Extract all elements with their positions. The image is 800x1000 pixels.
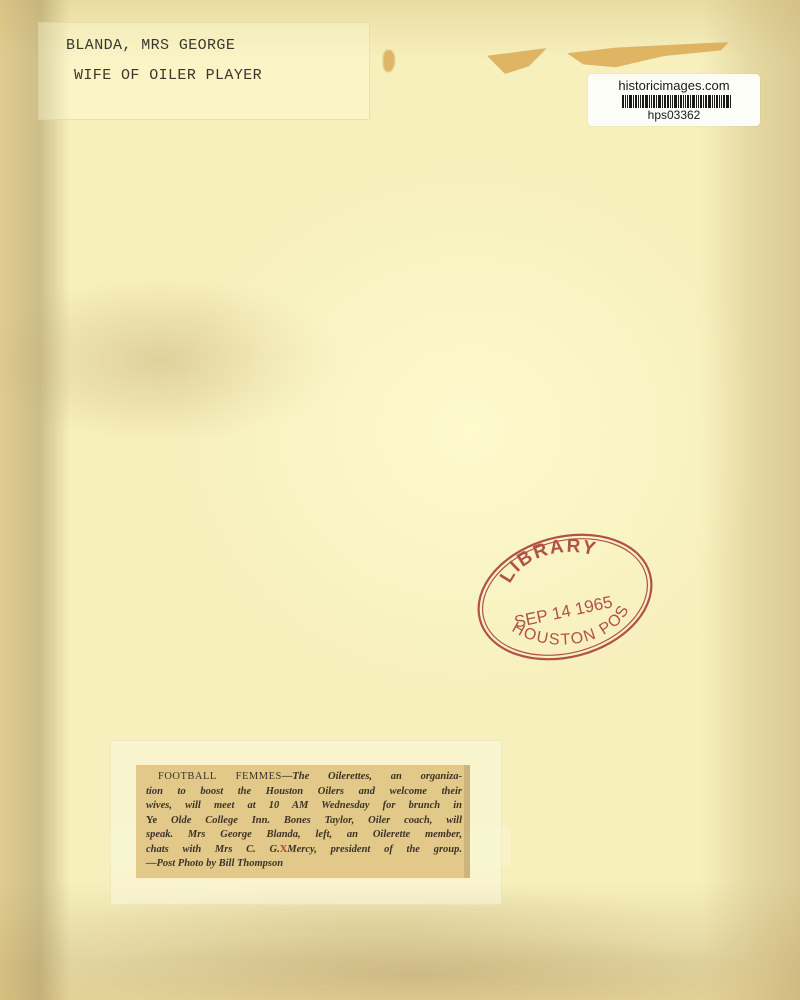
clipping-line: tion to boost the Houston Oilers and wel…	[146, 785, 462, 800]
clipping-line: Mercy, president of the group.	[287, 844, 462, 855]
clipping-line: Olde College Inn. Bones Taylor, Oiler co…	[171, 815, 462, 826]
newspaper-clipping: FOOTBALL FEMMES—The Oilerettes, an organ…	[136, 765, 470, 878]
clipping-line: speak. Mrs George Blanda, left, an Oiler…	[146, 828, 462, 843]
clipping-headline: FOOTBALL FEMMES	[158, 771, 282, 782]
clipping-line: wives, will meet at 10 AM Wednesday for …	[146, 799, 462, 814]
tape-stain	[567, 42, 729, 70]
photo-back-page: BLANDA, MRS GEORGE WIFE OF OILER PLAYER …	[0, 0, 800, 1000]
barcode-sticker: historicimages.com hps03362	[588, 74, 760, 126]
subject-name: BLANDA, MRS GEORGE	[66, 37, 235, 54]
clipping-photo-credit: —Post Photo by Bill Thompson	[146, 857, 462, 872]
tape-stain	[383, 50, 395, 72]
barcode-icon	[622, 95, 742, 108]
subject-description: WIFE OF OILER PLAYER	[74, 67, 262, 84]
library-stamp: LIBRARY SEP 14 1965 HOUSTON POST	[470, 525, 660, 675]
clipping-bold-prefix: Ye	[146, 815, 157, 826]
typed-caption-label: BLANDA, MRS GEORGE WIFE OF OILER PLAYER	[38, 22, 370, 120]
sticker-item-id: hps03362	[588, 109, 760, 122]
stamp-oval-icon: LIBRARY SEP 14 1965 HOUSTON POST	[470, 525, 660, 675]
clipping-line: —The Oilerettes, an organiza-	[282, 771, 462, 782]
tape-stain	[487, 48, 547, 74]
clipping-line: chats with Mrs C. G.	[146, 844, 280, 855]
sticker-site-name: historicimages.com	[588, 79, 760, 93]
